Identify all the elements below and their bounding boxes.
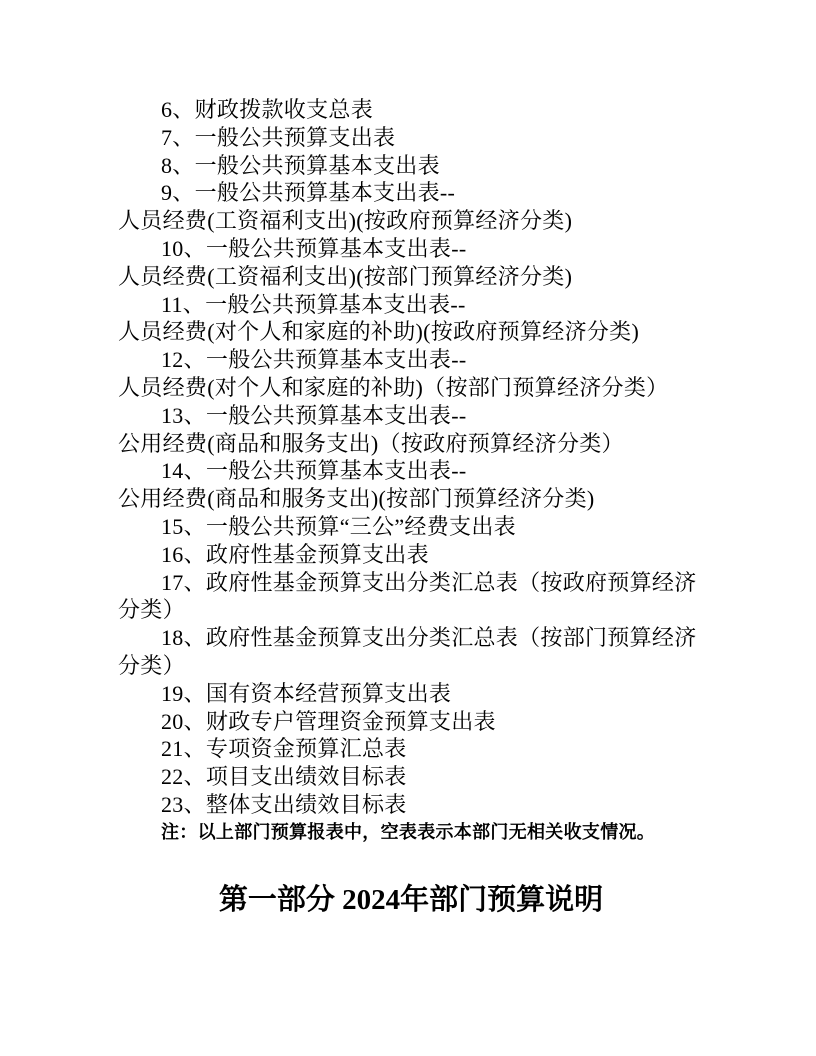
toc-line: 15、一般公共预算“三公”经费支出表 <box>118 513 704 541</box>
toc-line: 23、整体支出绩效目标表 <box>118 791 704 819</box>
toc-line: 20、财政专户管理资金预算支出表 <box>118 708 704 736</box>
toc-line: 10、一般公共预算基本支出表-- <box>118 235 704 263</box>
toc-line-continuation: 人员经费(对个人和家庭的补助)（按部门预算经济分类） <box>118 374 704 402</box>
toc-line-continuation: 人员经费(工资福利支出)(按政府预算经济分类) <box>118 207 704 235</box>
toc-line-continuation: 人员经费(工资福利支出)(按部门预算经济分类) <box>118 263 704 291</box>
toc-line-continuation: 分类） <box>118 652 704 680</box>
toc-line: 12、一般公共预算基本支出表-- <box>118 346 704 374</box>
toc-line: 8、一般公共预算基本支出表 <box>118 152 704 180</box>
toc-line-continuation: 公用经费(商品和服务支出)（按政府预算经济分类） <box>118 430 704 458</box>
toc-line: 22、项目支出绩效目标表 <box>118 763 704 791</box>
document-page: 6、财政拨款收支总表 7、一般公共预算支出表 8、一般公共预算基本支出表 9、一… <box>0 0 816 1056</box>
toc-line: 11、一般公共预算基本支出表-- <box>118 291 704 319</box>
toc-line: 14、一般公共预算基本支出表-- <box>118 457 704 485</box>
toc-line: 6、财政拨款收支总表 <box>118 96 704 124</box>
toc-line: 9、一般公共预算基本支出表-- <box>118 179 704 207</box>
toc-line: 16、政府性基金预算支出表 <box>118 541 704 569</box>
toc-line: 19、国有资本经营预算支出表 <box>118 680 704 708</box>
toc-line: 7、一般公共预算支出表 <box>118 124 704 152</box>
toc-line: 17、政府性基金预算支出分类汇总表（按政府预算经济 <box>118 569 704 597</box>
section-heading: 第一部分 2024年部门预算说明 <box>118 879 704 921</box>
toc-line-continuation: 公用经费(商品和服务支出)(按部门预算经济分类) <box>118 485 704 513</box>
toc-line-continuation: 人员经费(对个人和家庭的补助)(按政府预算经济分类) <box>118 318 704 346</box>
note-line: 注：以上部门预算报表中，空表表示本部门无相关收支情况。 <box>118 819 704 847</box>
toc-line: 21、专项资金预算汇总表 <box>118 735 704 763</box>
document-content: 6、财政拨款收支总表 7、一般公共预算支出表 8、一般公共预算基本支出表 9、一… <box>118 96 704 921</box>
toc-line: 18、政府性基金预算支出分类汇总表（按部门预算经济 <box>118 624 704 652</box>
toc-line-continuation: 分类） <box>118 596 704 624</box>
toc-line: 13、一般公共预算基本支出表-- <box>118 402 704 430</box>
